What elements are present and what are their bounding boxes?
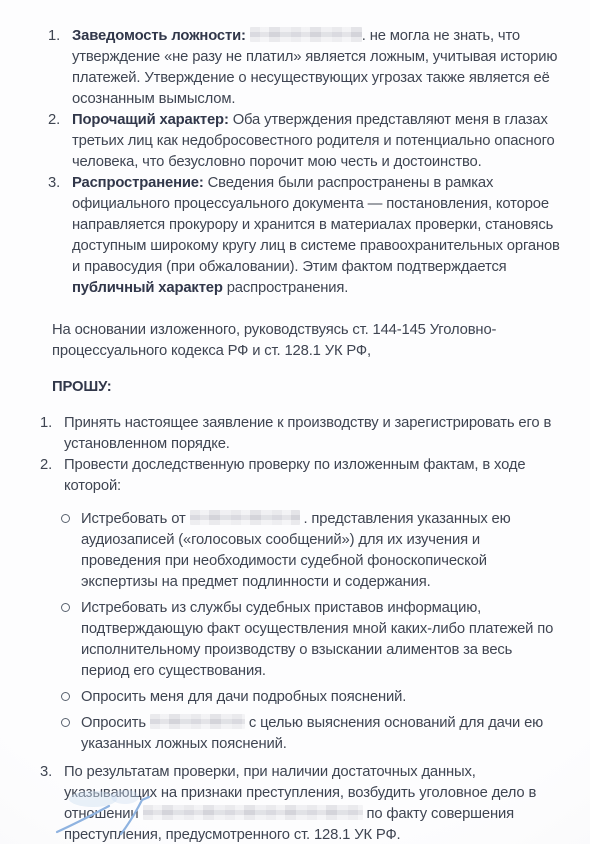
sub-bullet-item: Истребовать от . представления указанных… <box>61 509 562 593</box>
redacted-text <box>190 510 300 525</box>
list-item-text: Распространение: Сведения были распростр… <box>72 173 562 299</box>
text-run: распространения. <box>223 280 349 296</box>
document-page: 1.Заведомость ложности: . не могла не зн… <box>0 0 590 844</box>
signature-ink-smudge <box>69 791 117 807</box>
sub-bullet-text: Опросить меня для дачи подробных пояснен… <box>81 687 562 708</box>
bold-text-run: Заведомость ложности: <box>72 28 250 44</box>
list-item: 2.Порочащий характер: Оба утверждения пр… <box>48 110 562 173</box>
sub-bullet-list: Истребовать от . представления указанных… <box>61 509 562 755</box>
redacted-text <box>150 714 245 729</box>
list-item-text: Принять настоящее заявление к производст… <box>64 413 562 455</box>
list-item-number: 2. <box>48 110 72 173</box>
list-item-number: 3. <box>48 173 72 299</box>
basis-paragraph: На основании изложенного, руководствуясь… <box>52 320 560 362</box>
facts-list: 1.Заведомость ложности: . не могла не зн… <box>48 26 562 299</box>
list-item-text: Заведомость ложности: . не могла не знат… <box>72 26 562 110</box>
sub-bullet-text: Истребовать из службы судебных приставов… <box>81 598 562 682</box>
list-item-number: 1. <box>40 413 64 455</box>
text-run: Опросить меня для дачи подробных пояснен… <box>81 689 406 705</box>
text-run: Принять настоящее заявление к производст… <box>64 415 551 452</box>
list-item-text: Порочащий характер: Оба утверждения пред… <box>72 110 562 173</box>
request-heading: ПРОШУ: <box>52 377 560 398</box>
hollow-circle-bullet-icon <box>61 692 70 701</box>
list-item-text: Провести доследственную проверку по изло… <box>64 455 562 762</box>
bold-text-run: Порочащий характер: <box>72 112 233 128</box>
sub-bullet-text: Истребовать от . представления указанных… <box>81 509 562 593</box>
hollow-circle-bullet-icon <box>61 718 70 727</box>
request-list: 1.Принять настоящее заявление к производ… <box>40 413 562 844</box>
list-item: 1.Заведомость ложности: . не могла не зн… <box>48 26 562 110</box>
hollow-circle-bullet-icon <box>61 603 70 612</box>
list-item: 1.Принять настоящее заявление к производ… <box>40 413 562 455</box>
text-run: Истребовать из службы судебных приставов… <box>81 600 553 679</box>
list-item: 2.Провести доследственную проверку по из… <box>40 455 562 762</box>
sub-bullet-item: Опросить с целью выяснения оснований для… <box>61 713 562 755</box>
pen-signature-mark <box>45 786 175 842</box>
redacted-text <box>143 805 363 820</box>
sub-bullet-item: Истребовать из службы судебных приставов… <box>61 598 562 682</box>
list-item-number: 1. <box>48 26 72 110</box>
redacted-text <box>250 27 362 42</box>
signature-stroke <box>57 806 109 832</box>
bold-text-run: Распространение: <box>72 175 208 191</box>
bold-text-run: публичный характер <box>72 280 223 296</box>
signature-ink-smudge <box>111 790 139 804</box>
sub-bullet-item: Опросить меня для дачи подробных пояснен… <box>61 687 562 708</box>
text-run: Опросить <box>81 715 150 731</box>
text-run: Истребовать от <box>81 511 190 527</box>
hollow-circle-bullet-icon <box>61 514 70 523</box>
sub-bullet-text: Опросить с целью выяснения оснований для… <box>81 713 562 755</box>
list-item: 3.Распространение: Сведения были распрос… <box>48 173 562 299</box>
text-run: Провести доследственную проверку по изло… <box>64 457 525 494</box>
